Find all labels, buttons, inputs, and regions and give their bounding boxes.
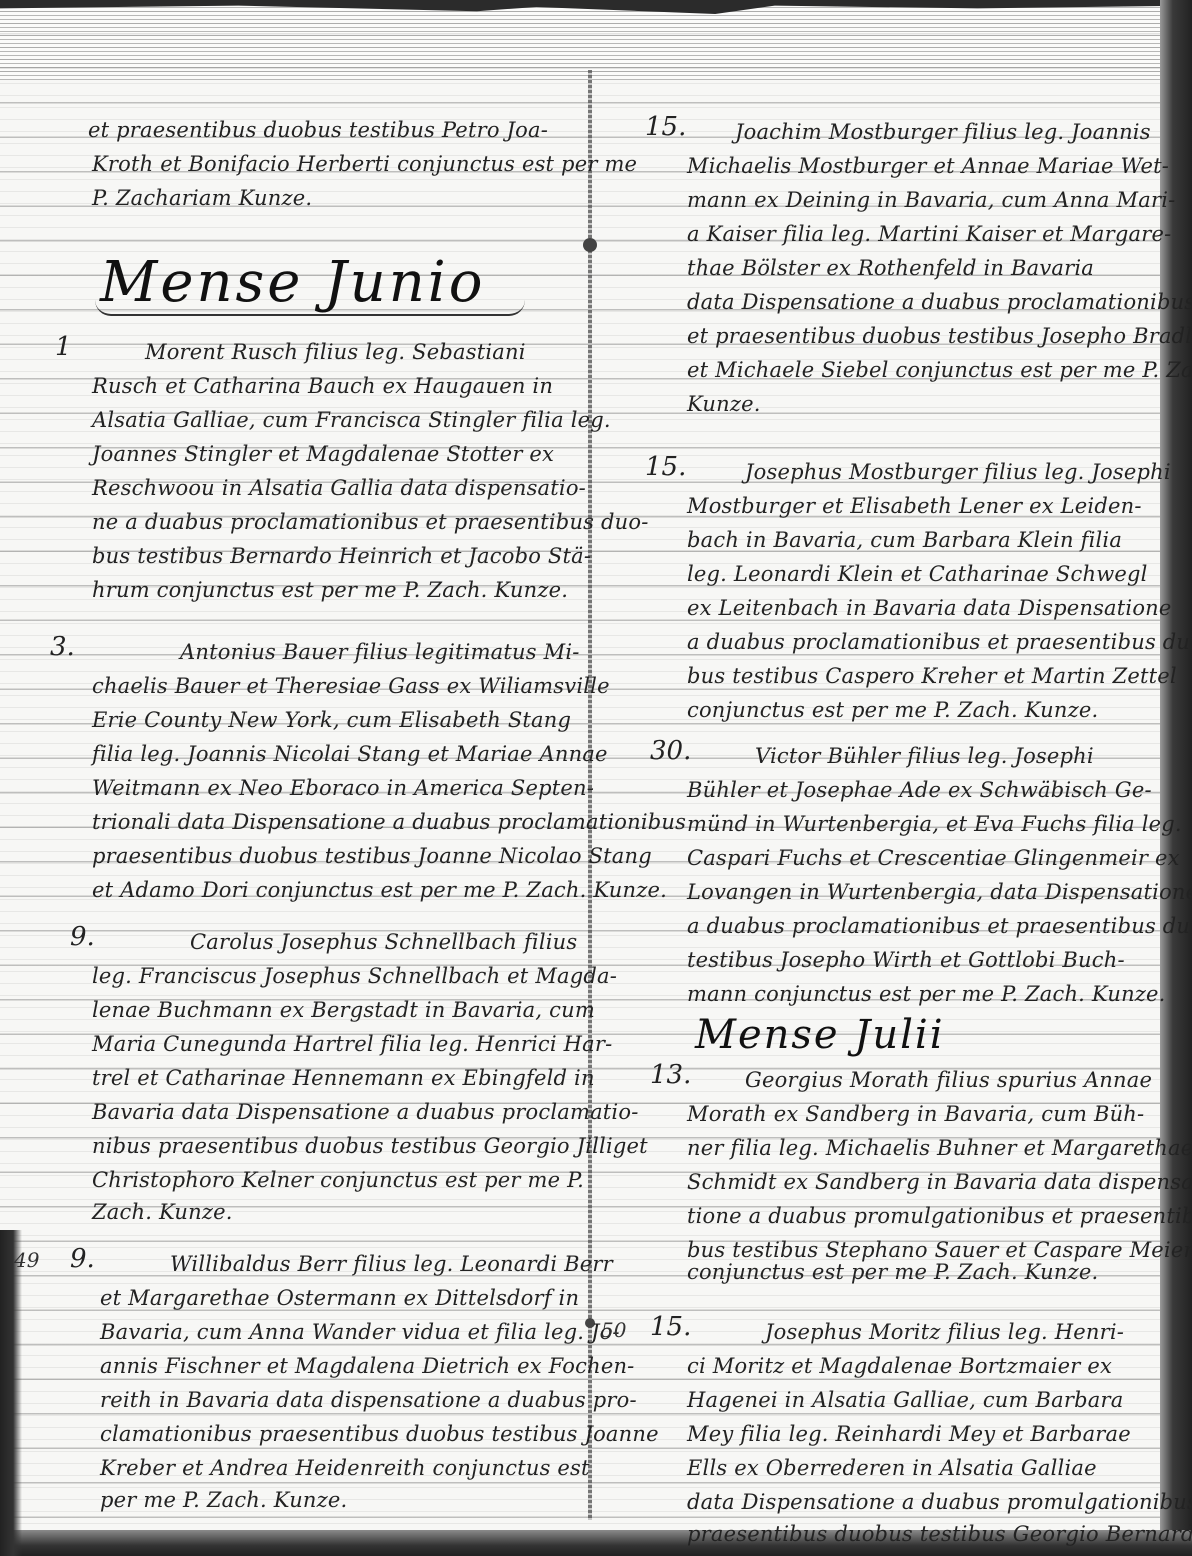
entry-line: trionali data Dispensatione a duabus pro… — [92, 810, 686, 834]
entry-line: hrum conjunctus est per me P. Zach. Kunz… — [92, 578, 568, 602]
entry-line: Kunze. — [687, 392, 761, 416]
entry-line: Victor Bühler filius leg. Josephi — [755, 744, 1094, 768]
entry-line: Joachim Mostburger filius leg. Joannis — [735, 120, 1151, 144]
entry-line: Caspari Fuchs et Crescentiae Glingenmeir… — [687, 846, 1180, 870]
month-heading-july: Mense Julii — [695, 1012, 944, 1058]
entry-line: leg. Franciscus Josephus Schnellbach et … — [92, 964, 617, 988]
entry-line: Carolus Josephus Schnellbach filius — [190, 930, 577, 954]
entry-line: per me P. Zach. Kunze. — [100, 1488, 347, 1512]
entry-line: Hagenei in Alsatia Galliae, cum Barbara — [687, 1388, 1123, 1412]
entry-line: data Dispensatione a duabus promulgation… — [687, 1490, 1192, 1514]
entry-line: Lovangen in Wurtenbergia, data Dispensat… — [687, 880, 1192, 904]
entry-line: Bühler et Josephae Ade ex Schwäbisch Ge- — [687, 778, 1152, 802]
entry-line: et praesentibus duobus testibus Petro Jo… — [88, 118, 548, 142]
entry-line: et Adamo Dori conjunctus est per me P. Z… — [92, 878, 667, 902]
entry-line: Ells ex Oberrederen in Alsatia Galliae — [687, 1456, 1097, 1480]
entry-line: ex Leitenbach in Bavaria data Dispensati… — [687, 596, 1172, 620]
entry-line: ner filia leg. Michaelis Buhner et Marga… — [687, 1136, 1192, 1160]
entry-line: et praesentibus duobus testibus Josepho … — [687, 324, 1192, 348]
entry-line: Alsatia Galliae, cum Francisca Stingler … — [92, 408, 611, 432]
entry-line: Bavaria, cum Anna Wander vidua et filia … — [100, 1320, 620, 1344]
entry-line: leg. Leonardi Klein et Catharinae Schweg… — [687, 562, 1148, 586]
entry-line: trel et Catharinae Hennemann ex Ebingfel… — [92, 1066, 595, 1090]
entry-line: Zach. Kunze. — [92, 1200, 233, 1224]
entry-line: a duabus proclamationibus et praesentibu… — [687, 630, 1192, 654]
entry-line: Rusch et Catharina Bauch ex Haugauen in — [92, 374, 553, 398]
entry-line: Michaelis Mostburger et Annae Mariae Wet… — [687, 154, 1169, 178]
entry-line: bus testibus Stephano Sauer et Caspare M… — [687, 1238, 1192, 1262]
entry-line: conjunctus est per me P. Zach. Kunze. — [687, 1260, 1098, 1284]
entry-line: mann ex Deining in Bavaria, cum Anna Mar… — [687, 188, 1175, 212]
entry-line: Morent Rusch filius leg. Sebastiani — [145, 340, 526, 364]
entry-day-number: 13. — [650, 1060, 691, 1090]
entry-line: chaelis Bauer et Theresiae Gass ex Wilia… — [92, 674, 610, 698]
entry-line: praesentibus duobus testibus Georgio Ber… — [687, 1522, 1192, 1546]
binding-stitch-knot — [583, 238, 597, 252]
entry-line: et Michaele Siebel conjunctus est per me… — [687, 358, 1192, 382]
entry-line: Maria Cunegunda Hartrel filia leg. Henri… — [92, 1032, 612, 1056]
margin-entry-count: 49 — [14, 1248, 39, 1272]
entry-line: Morath ex Sandberg in Bavaria, cum Büh- — [687, 1102, 1144, 1126]
entry-line: Reschwoou in Alsatia Gallia data dispens… — [92, 476, 586, 500]
entry-line: tione a duabus promulgationibus et praes… — [687, 1204, 1192, 1228]
entry-line: Mey filia leg. Reinhardi Mey et Barbarae — [687, 1422, 1131, 1446]
entry-line: bus testibus Bernardo Heinrich et Jacobo… — [92, 544, 591, 568]
entry-day-number: 3. — [50, 632, 75, 662]
entry-line: Willibaldus Berr filius leg. Leonardi Be… — [170, 1252, 613, 1276]
entry-line: clamationibus praesentibus duobus testib… — [100, 1422, 659, 1446]
entry-day-number: 1 — [55, 332, 72, 362]
entry-line: Josephus Moritz filius leg. Henri- — [765, 1320, 1124, 1344]
entry-line: a duabus proclamationibus et praesentibu… — [687, 914, 1192, 938]
entry-line: mann conjunctus est per me P. Zach. Kunz… — [687, 982, 1166, 1006]
entry-line: Weitmann ex Neo Eboraco in America Septe… — [92, 776, 594, 800]
entry-day-number: 15. — [645, 452, 686, 482]
entry-line: conjunctus est per me P. Zach. Kunze. — [687, 698, 1098, 722]
entry-line: thae Bölster ex Rothenfeld in Bavaria — [687, 256, 1094, 280]
entry-line: Antonius Bauer filius legitimatus Mi- — [180, 640, 580, 664]
entry-line: Kreber et Andrea Heidenreith conjunctus … — [100, 1456, 590, 1480]
entry-line: data Dispensatione a duabus proclamation… — [687, 290, 1192, 314]
entry-line: Josephus Mostburger filius leg. Josephi — [745, 460, 1171, 484]
entry-line: Joannes Stingler et Magdalenae Stotter e… — [92, 442, 554, 466]
margin-entry-count: 50 — [601, 1318, 626, 1342]
entry-line: bach in Bavaria, cum Barbara Klein filia — [687, 528, 1122, 552]
entry-day-number: 15. — [645, 112, 686, 142]
entry-line: münd in Wurtenbergia, et Eva Fuchs filia… — [687, 812, 1182, 836]
entry-line: Bavaria data Dispensatione a duabus proc… — [92, 1100, 638, 1124]
entry-day-number: 9. — [70, 922, 95, 952]
entry-line: ci Moritz et Magdalenae Bortzmaier ex — [687, 1354, 1112, 1378]
entry-line: bus testibus Caspero Kreher et Martin Ze… — [687, 664, 1177, 688]
entry-line: reith in Bavaria data dispensatione a du… — [100, 1388, 637, 1412]
entry-line: Erie County New York, cum Elisabeth Stan… — [92, 708, 571, 732]
entry-line: Kroth et Bonifacio Herberti conjunctus e… — [92, 152, 637, 176]
entry-line: P. Zachariam Kunze. — [92, 186, 312, 210]
entry-line: testibus Josepho Wirth et Gottlobi Buch- — [687, 948, 1125, 972]
entry-line: lenae Buchmann ex Bergstadt in Bavaria, … — [92, 998, 595, 1022]
entry-line: Schmidt ex Sandberg in Bavaria data disp… — [687, 1170, 1192, 1194]
entry-line: praesentibus duobus testibus Joanne Nico… — [92, 844, 652, 868]
entry-line: Georgius Morath filius spurius Annae — [745, 1068, 1152, 1092]
entry-line: nibus praesentibus duobus testibus Georg… — [92, 1134, 648, 1158]
scan-left-edge — [0, 1230, 22, 1556]
heading-flourish — [95, 300, 525, 316]
entry-line: filia leg. Joannis Nicolai Stang et Mari… — [92, 742, 608, 766]
entry-line: Mostburger et Elisabeth Lener ex Leiden- — [687, 494, 1142, 518]
entry-line: Christophoro Kelner conjunctus est per m… — [92, 1168, 584, 1192]
entry-day-number: 15. — [650, 1312, 691, 1342]
entry-line: annis Fischner et Magdalena Dietrich ex … — [100, 1354, 634, 1378]
entry-day-number: 30. — [650, 736, 691, 766]
scan-top-band — [0, 0, 1192, 80]
entry-day-number: 9. — [70, 1244, 95, 1274]
entry-line: a Kaiser filia leg. Martini Kaiser et Ma… — [687, 222, 1171, 246]
entry-line: et Margarethae Ostermann ex Dittelsdorf … — [100, 1286, 579, 1310]
entry-line: ne a duabus proclamationibus et praesent… — [92, 510, 649, 534]
